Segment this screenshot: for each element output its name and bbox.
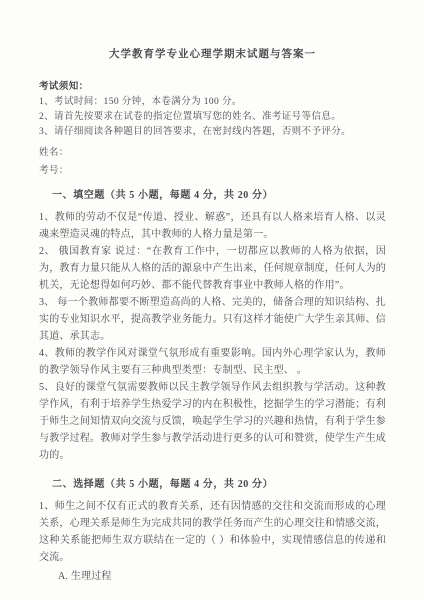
notice-heading: 考试须知： — [39, 80, 386, 95]
fill-in-question-1: 1、教师的劳动不仅是“传道、授业、解惑”，还具有以人格来培育人格、以灵魂来塑造灵… — [39, 209, 386, 243]
section-2-heading: 二、选择题（共 5 小题，每题 4 分，共 20 分） — [52, 477, 386, 492]
notice-item-3: 3、请仔细阅读各种题目的回答要求，在密封线内答题，否则不予评分。 — [39, 125, 386, 140]
page-title: 大学教育学专业心理学期末试题与答案一 — [39, 48, 386, 62]
section-1-heading: 一、填空题（共 5 小题，每题 4 分，共 20 分） — [52, 188, 386, 203]
fill-in-question-4: 4、教师的教学作风对课堂气氛形成有重要影响。国内外心理学家认为，教师的教学领导作… — [39, 345, 386, 379]
choice-question-1: 1、师生之间不仅有正式的教育关系，还有因情感的交往和交流而形成的心理关系，心理关… — [39, 498, 386, 566]
fill-in-question-3: 3、 每一个教师都要不断塑造高尚的人格、完美的，储备合理的知识结构、扎实的专业知… — [39, 294, 386, 345]
fill-in-question-2: 2、 俄国教育家 说过：“在教育工作中，一切都应以教师的人格为依据，因为，教育力… — [39, 243, 386, 294]
exam-notice-block: 考试须知： 1、考试时间：150 分钟，本卷满分为 100 分。 2、请首先按要… — [39, 80, 386, 140]
name-label: 姓名： — [39, 146, 386, 161]
exam-paper-page: 大学教育学专业心理学期末试题与答案一 考试须知： 1、考试时间：150 分钟，本… — [0, 0, 424, 600]
choice-question-1-option-a: A. 生理过程 — [58, 568, 386, 585]
fill-in-question-5: 5、良好的课堂气氛需要教师以民主教学领导作风去组织教与学活动。这种教学作风，有利… — [39, 379, 386, 464]
exam-number-label: 考号： — [39, 164, 386, 179]
notice-item-2: 2、请首先按要求在试卷的指定位置填写您的姓名、准考证号等信息。 — [39, 110, 386, 125]
notice-item-1: 1、考试时间：150 分钟，本卷满分为 100 分。 — [39, 95, 386, 110]
